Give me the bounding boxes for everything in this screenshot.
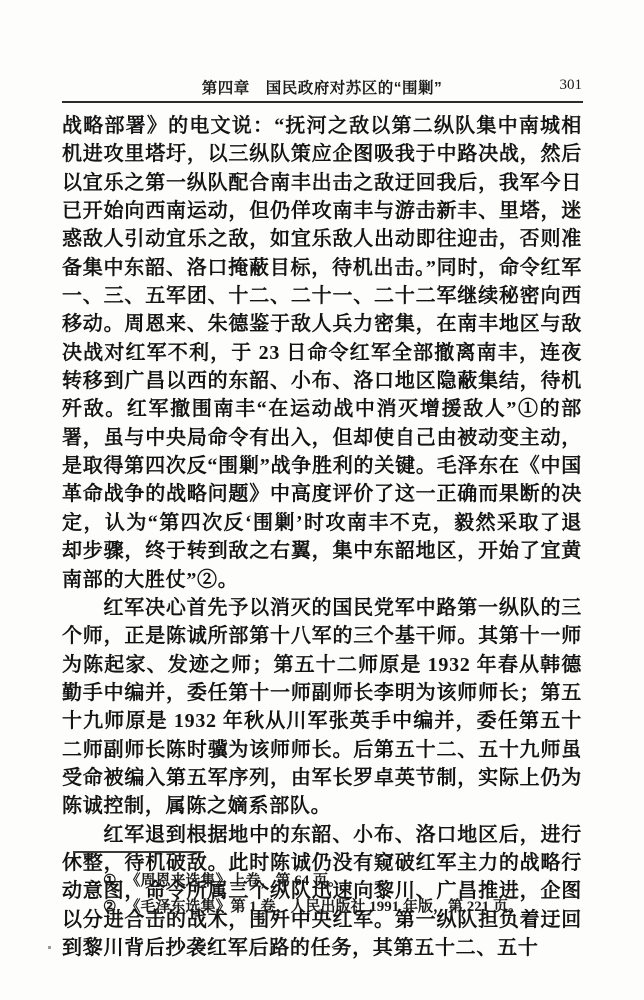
paragraph-1: 战略部署》的电文说：“抚河之敌以第二纵队集中南城相机进攻里塔圩，以三纵队策应企图… (62, 112, 582, 594)
running-header: 第四章 国民政府对苏区的“围剿” 301 (62, 76, 582, 98)
footnote-1-marker: ① (103, 868, 116, 894)
footnotes: ① 《周恩来选集》上卷，第 64 页。 ② 《毛泽东选集》第 1 卷，人民出版社… (62, 868, 582, 920)
scan-artifact-speck (48, 946, 51, 949)
page-number: 301 (560, 77, 583, 94)
chapter-title: 第四章 国民政府对苏区的“围剿” (62, 76, 582, 98)
footnote-separator (73, 851, 204, 853)
book-page: 第四章 国民政府对苏区的“围剿” 301 战略部署》的电文说：“抚河之敌以第二纵… (0, 0, 644, 1000)
body-text: 战略部署》的电文说：“抚河之敌以第二纵队集中南城相机进攻里塔圩，以三纵队策应企图… (62, 112, 582, 962)
footnote-2: ② 《毛泽东选集》第 1 卷，人民出版社 1991 年版，第 221 页。 (62, 894, 582, 920)
footnote-2-marker: ② (103, 894, 116, 920)
footnote-1: ① 《周恩来选集》上卷，第 64 页。 (62, 868, 582, 894)
paragraph-2: 红军决心首先予以消灭的国民党军中路第一纵队的三个师，正是陈诚所部第十八军的三个基… (62, 594, 582, 821)
header-rule (62, 101, 583, 103)
footnote-1-text: 《周恩来选集》上卷，第 64 页。 (125, 868, 582, 894)
footnote-2-text: 《毛泽东选集》第 1 卷，人民出版社 1991 年版，第 221 页。 (125, 894, 582, 920)
